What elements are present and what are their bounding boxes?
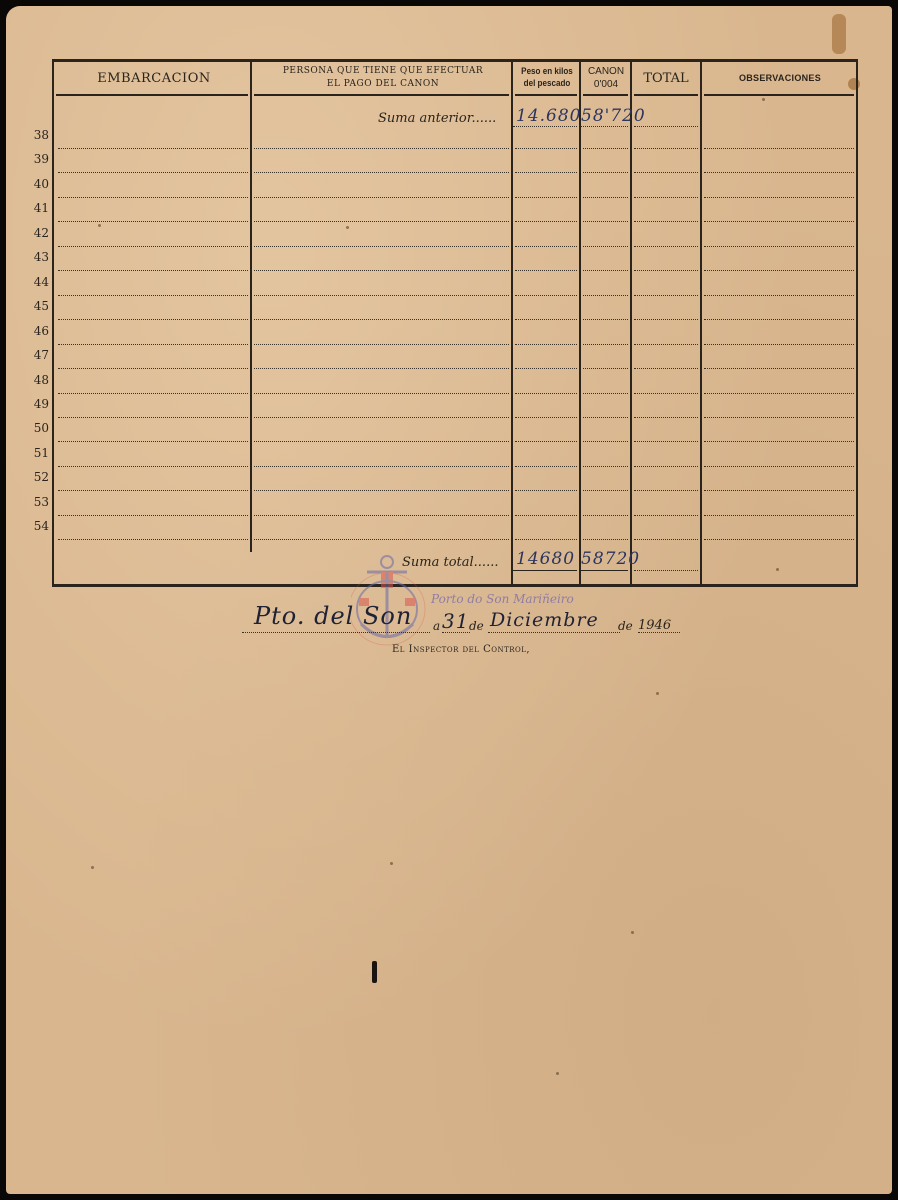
footer-a: a <box>433 619 440 633</box>
row-line <box>634 417 698 418</box>
row-line <box>58 197 248 198</box>
suma-total-line <box>581 570 628 571</box>
row-line <box>515 417 577 418</box>
row-line <box>634 172 698 173</box>
suma-anterior-label: Suma anterior...... <box>378 111 496 126</box>
row-number: 38 <box>33 128 49 142</box>
document-page: EMBARCACION PERSONA QUE TIENE QUE EFECTU… <box>6 6 892 1194</box>
row-line <box>515 221 577 222</box>
row-line <box>58 246 248 247</box>
row-line <box>58 490 248 491</box>
row-line <box>515 148 577 149</box>
day-handwritten: 31 <box>442 609 469 633</box>
speck <box>91 866 94 869</box>
row-line <box>254 466 509 467</box>
row-line <box>58 344 248 345</box>
row-line <box>58 319 248 320</box>
row-line <box>583 148 628 149</box>
row-number: 39 <box>33 152 49 166</box>
header-underline <box>704 94 854 96</box>
row-line <box>254 270 509 271</box>
row-line <box>583 515 628 516</box>
row-line <box>515 270 577 271</box>
row-line <box>515 515 577 516</box>
water-stain <box>832 14 846 54</box>
signature-title: El Inspector del Control, <box>392 644 530 655</box>
row-line <box>254 417 509 418</box>
row-line <box>515 197 577 198</box>
suma-anterior-line <box>581 126 628 127</box>
row-line <box>515 539 577 540</box>
row-number: 49 <box>33 397 49 411</box>
row-line <box>634 466 698 467</box>
row-line <box>583 295 628 296</box>
header-persona-line1: PERSONA QUE TIENE QUE EFECTUAR <box>283 65 483 78</box>
row-number: 51 <box>33 446 49 460</box>
speck <box>656 692 659 695</box>
suma-anterior-peso: 14.680 <box>516 106 581 126</box>
row-line <box>515 441 577 442</box>
place-line <box>242 632 430 633</box>
row-line <box>634 539 698 540</box>
ink-mark <box>372 961 377 983</box>
row-line <box>704 490 854 491</box>
row-line <box>58 393 248 394</box>
row-line <box>254 441 509 442</box>
row-line <box>704 270 854 271</box>
row-line <box>254 221 509 222</box>
row-line <box>254 295 509 296</box>
row-line <box>634 515 698 516</box>
row-number: 45 <box>33 299 49 313</box>
header-embarcacion: EMBARCACION <box>56 62 252 94</box>
header-canon: CANON0'004 <box>582 62 630 94</box>
column-divider <box>579 62 581 584</box>
row-line <box>58 441 248 442</box>
row-line <box>704 221 854 222</box>
footer-year: 1946 <box>638 618 671 633</box>
header-observaciones: OBSERVACIONES <box>704 62 856 94</box>
header-peso-line1: Peso en kilos <box>521 66 573 78</box>
row-line <box>704 393 854 394</box>
row-line <box>254 393 509 394</box>
suma-total-canon: 58720 <box>581 549 640 569</box>
row-line <box>583 539 628 540</box>
row-line <box>515 393 577 394</box>
footer-de1: de <box>469 619 484 633</box>
row-line <box>58 515 248 516</box>
row-line <box>634 441 698 442</box>
header-persona-line2: EL PAGO DEL CANON <box>283 78 483 91</box>
row-number: 43 <box>33 250 49 264</box>
row-line <box>583 246 628 247</box>
row-line <box>254 148 509 149</box>
column-divider <box>700 62 702 584</box>
row-number: 44 <box>33 275 49 289</box>
suma-total-peso: 14680 <box>516 549 575 569</box>
row-number: 50 <box>33 421 49 435</box>
row-line <box>634 221 698 222</box>
row-line <box>254 197 509 198</box>
row-line <box>583 221 628 222</box>
row-line <box>704 246 854 247</box>
row-line <box>634 246 698 247</box>
row-line <box>58 417 248 418</box>
row-line <box>583 466 628 467</box>
row-line <box>583 368 628 369</box>
row-line <box>634 344 698 345</box>
suma-anterior-line <box>513 126 577 127</box>
row-line <box>515 319 577 320</box>
row-number: 41 <box>33 201 49 215</box>
row-line <box>58 221 248 222</box>
header-persona: PERSONA QUE TIENE QUE EFECTUAREL PAGO DE… <box>254 62 512 94</box>
row-line <box>58 148 248 149</box>
row-line <box>58 466 248 467</box>
row-line <box>254 172 509 173</box>
row-line <box>58 270 248 271</box>
suma-anterior-canon: 58'720 <box>581 106 646 126</box>
row-line <box>583 270 628 271</box>
row-line <box>583 417 628 418</box>
row-line <box>254 368 509 369</box>
row-number: 52 <box>33 470 49 484</box>
row-line <box>704 295 854 296</box>
row-line <box>704 539 854 540</box>
row-line <box>583 441 628 442</box>
row-line <box>634 490 698 491</box>
row-line <box>58 295 248 296</box>
row-line <box>583 197 628 198</box>
row-number: 54 <box>33 519 49 533</box>
row-line <box>704 172 854 173</box>
column-divider <box>630 62 632 584</box>
row-line <box>704 466 854 467</box>
canon-table: EMBARCACION PERSONA QUE TIENE QUE EFECTU… <box>52 59 858 587</box>
row-line <box>704 515 854 516</box>
row-line <box>254 539 509 540</box>
row-line <box>704 148 854 149</box>
row-line <box>515 490 577 491</box>
row-line <box>634 295 698 296</box>
suma-anterior-line <box>634 126 698 127</box>
row-line <box>704 197 854 198</box>
row-line <box>583 490 628 491</box>
row-number: 46 <box>33 324 49 338</box>
column-divider <box>511 62 513 584</box>
column-divider <box>250 62 252 552</box>
header-underline <box>254 94 509 96</box>
row-number: 42 <box>33 226 49 240</box>
header-underline <box>634 94 698 96</box>
row-line <box>704 344 854 345</box>
header-canon-line1: CANON <box>588 65 624 78</box>
row-line <box>515 344 577 345</box>
month-handwritten: Diciembre <box>490 609 599 631</box>
row-line <box>583 393 628 394</box>
row-line <box>704 368 854 369</box>
suma-total-line <box>513 570 577 571</box>
row-line <box>583 319 628 320</box>
row-line <box>515 172 577 173</box>
stamp-text: Porto do Son Mariñeiro <box>431 592 574 606</box>
row-line <box>254 246 509 247</box>
header-underline <box>583 94 628 96</box>
suma-total-line <box>634 570 698 571</box>
row-line <box>254 490 509 491</box>
row-line <box>583 344 628 345</box>
row-line <box>704 319 854 320</box>
row-line <box>58 539 248 540</box>
row-number: 48 <box>33 373 49 387</box>
row-line <box>254 319 509 320</box>
row-line <box>58 368 248 369</box>
header-peso: Peso en kilosdel pescado <box>519 62 575 94</box>
row-line <box>515 295 577 296</box>
row-line <box>634 319 698 320</box>
row-number: 40 <box>33 177 49 191</box>
row-number: 47 <box>33 348 49 362</box>
row-line <box>58 172 248 173</box>
row-line <box>515 466 577 467</box>
place-handwritten: Pto. del Son <box>254 602 412 630</box>
footer-de2: de <box>618 619 633 633</box>
speck <box>556 1072 559 1075</box>
row-line <box>634 197 698 198</box>
row-line <box>634 148 698 149</box>
row-line <box>254 515 509 516</box>
row-line <box>254 344 509 345</box>
month-line <box>488 632 620 633</box>
header-underline <box>56 94 248 96</box>
speck <box>631 931 634 934</box>
row-line <box>634 270 698 271</box>
row-line <box>515 368 577 369</box>
header-canon-line2: 0'004 <box>588 78 624 91</box>
row-line <box>704 441 854 442</box>
row-line <box>634 393 698 394</box>
speck <box>390 862 393 865</box>
row-line <box>583 172 628 173</box>
header-underline <box>515 94 577 96</box>
header-total: TOTAL <box>632 62 700 94</box>
header-peso-line2: del pescado <box>521 78 573 90</box>
row-line <box>515 246 577 247</box>
row-line <box>634 368 698 369</box>
row-line <box>704 417 854 418</box>
row-number: 53 <box>33 495 49 509</box>
